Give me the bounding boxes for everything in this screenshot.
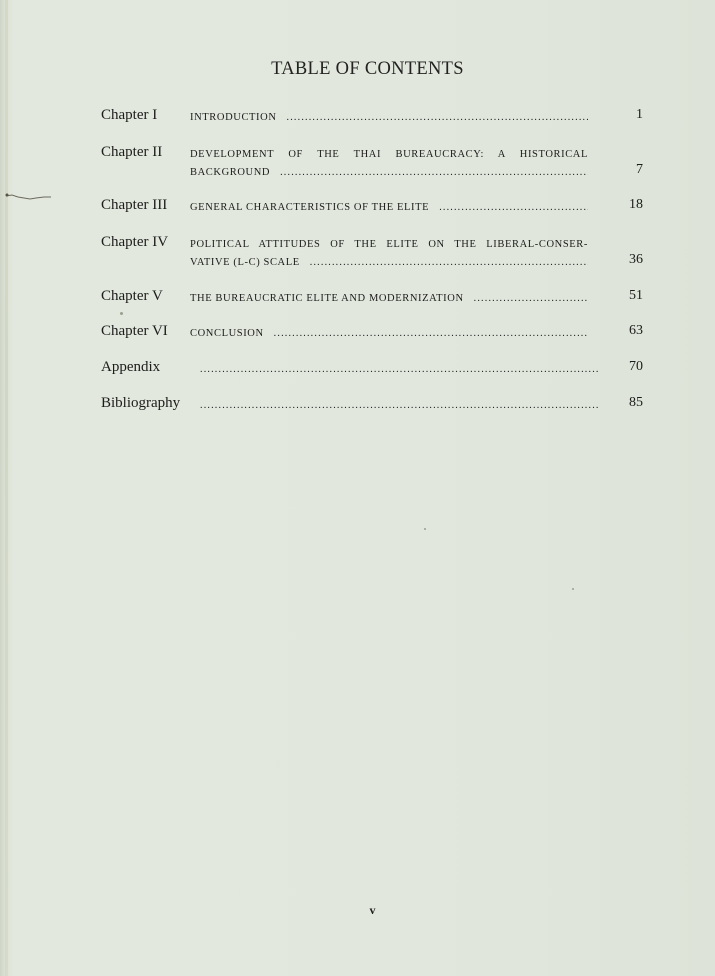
toc-title-line: GENERAL CHARACTERISTICS OF THE ELITE xyxy=(190,199,429,217)
toc-entry-page-number: 18 xyxy=(629,197,643,213)
toc-title-line: POLITICAL ATTITUDES OF THE ELITE ON THE … xyxy=(190,236,588,254)
toc-entry-title: DEVELOPMENT OF THE THAI BUREAUCRACY: A H… xyxy=(190,146,588,182)
dot-leader xyxy=(474,290,588,308)
toc-entry-title: POLITICAL ATTITUDES OF THE ELITE ON THE … xyxy=(190,236,588,272)
paper-speck xyxy=(424,528,426,530)
toc-entry-label: Chapter VI xyxy=(101,323,168,340)
page-spine-edge xyxy=(5,0,8,976)
dot-leader xyxy=(200,397,598,415)
toc-title-line: THE BUREAUCRATIC ELITE AND MODERNIZATION xyxy=(190,290,464,308)
dot-leader xyxy=(439,199,588,217)
toc-title-line: VATIVE (L-C) SCALE xyxy=(190,254,300,272)
toc-entry-label: Appendix xyxy=(101,359,160,376)
toc-title-line: DEVELOPMENT OF THE THAI BUREAUCRACY: A H… xyxy=(190,146,588,164)
toc-entry-title: CONCLUSION xyxy=(190,325,588,343)
toc-entry-page-number: 7 xyxy=(636,162,643,178)
paper-speck xyxy=(572,588,574,590)
dot-leader xyxy=(200,361,598,379)
toc-entry-page-number: 51 xyxy=(629,288,643,304)
dot-leader xyxy=(287,109,588,127)
toc-entry-label: Chapter IV xyxy=(101,234,168,251)
toc-entry-title xyxy=(200,397,598,415)
toc-entry-page-number: 63 xyxy=(629,323,643,339)
toc-title-line: BACKGROUND xyxy=(190,164,270,182)
paper-speck xyxy=(120,312,123,315)
toc-entry-title: INTRODUCTION xyxy=(190,109,588,127)
document-page: TABLE OF CONTENTS Chapter IINTRODUCTION1… xyxy=(0,0,715,976)
toc-title-line: INTRODUCTION xyxy=(190,109,277,127)
dot-leader xyxy=(310,254,588,272)
toc-entry-title: GENERAL CHARACTERISTICS OF THE ELITE xyxy=(190,199,588,217)
toc-entry-page-number: 85 xyxy=(629,395,643,411)
dot-leader xyxy=(274,325,588,343)
toc-entry-label: Chapter V xyxy=(101,288,163,305)
toc-entry-page-number: 70 xyxy=(629,359,643,375)
toc-entry-label: Chapter II xyxy=(101,144,162,161)
toc-entry-page-number: 36 xyxy=(629,252,643,268)
toc-title-line: CONCLUSION xyxy=(190,325,264,343)
page-number-folio: v xyxy=(0,903,715,918)
toc-entry-label: Chapter III xyxy=(101,197,167,214)
toc-entry-label: Chapter I xyxy=(101,107,157,124)
toc-entry-page-number: 1 xyxy=(636,107,643,123)
paper-tear-mark xyxy=(4,192,52,202)
page-title: TABLE OF CONTENTS xyxy=(0,59,715,80)
toc-entry-title: THE BUREAUCRATIC ELITE AND MODERNIZATION xyxy=(190,290,588,308)
toc-entry-title xyxy=(200,361,598,379)
toc-entry-label: Bibliography xyxy=(101,395,180,412)
dot-leader xyxy=(280,164,588,182)
